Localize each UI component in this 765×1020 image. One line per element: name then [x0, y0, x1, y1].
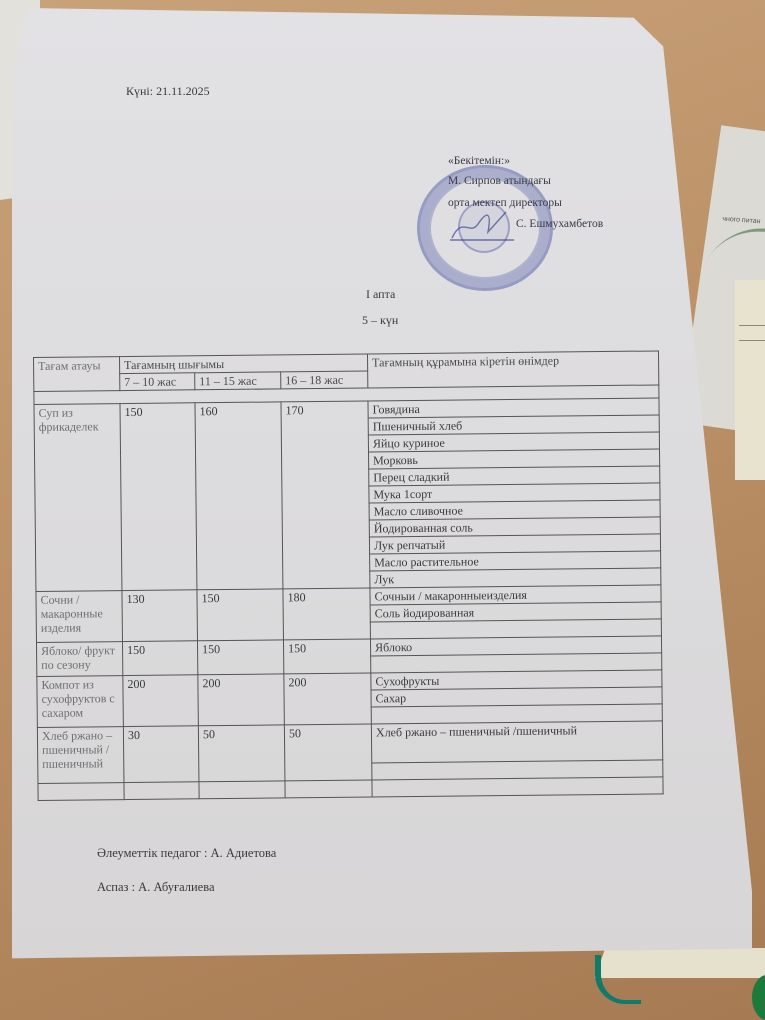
header-dish-name: Тағам атауы	[34, 357, 120, 392]
portion-cell: 160	[195, 402, 283, 590]
portion-cell: 50	[198, 725, 285, 782]
header-ingredients: Тағамның құрамына кіретін өнімдер	[368, 351, 659, 388]
menu-table: Тағам атауы Тағамның шығымы Тағамның құр…	[33, 350, 664, 801]
side-sheet-text: чного питан	[722, 216, 761, 226]
dish-name-cell: Суп из фрикаделек	[34, 404, 122, 592]
empty-cell	[124, 782, 199, 800]
empty-cell	[199, 781, 285, 799]
dish-name-cell: Хлеб ржано – пшеничный /пшеничный	[37, 727, 124, 784]
portion-cell: 150	[122, 641, 197, 676]
portion-cell: 200	[123, 675, 199, 727]
week-label: I апта	[366, 287, 395, 302]
empty-cell	[38, 783, 124, 801]
document-date: Күні: 21.11.2025	[126, 84, 210, 99]
cook-signature: Аспаз : А. Абуғалиева	[97, 880, 215, 895]
portion-cell: 180	[283, 588, 371, 640]
ingredient-cell: Хлеб ржано – пшеничный /пшеничный	[371, 721, 662, 763]
portion-cell: 200	[198, 674, 285, 726]
dish-name-cell: Сочни / макаронные изделия	[36, 591, 123, 643]
green-binder-clip	[595, 955, 641, 1004]
portion-cell: 30	[123, 726, 199, 783]
approval-signatory: С. Ешмухамбетов	[516, 218, 603, 230]
header-age-16-18: 16 – 18 жас	[281, 371, 368, 389]
portion-cell: 150	[197, 640, 283, 675]
day-label: 5 – күн	[362, 313, 398, 328]
empty-cell	[285, 780, 372, 798]
director-signature	[448, 206, 518, 246]
dish-name-cell: Компот из сухофруктов с сахаром	[37, 676, 124, 728]
social-pedagogue-signature: Әлеуметтік педагог : А. Адиетова	[97, 846, 276, 861]
background-notebook	[735, 280, 765, 480]
empty-cell	[372, 777, 663, 797]
header-age-11-15: 11 – 15 жас	[195, 372, 281, 390]
approval-line-2: орта мектеп директоры	[448, 197, 562, 209]
portion-cell: 130	[122, 590, 198, 642]
approval-line-1: М. Сирпов атындағы	[448, 175, 551, 187]
table-row: Хлеб ржано – пшеничный /пшеничный305050Х…	[37, 721, 662, 767]
portion-cell: 150	[283, 639, 370, 674]
portion-cell: 200	[284, 673, 372, 725]
dish-name-cell: Яблоко/ фрукт по сезону	[36, 642, 122, 677]
portion-cell: 50	[284, 724, 372, 781]
portion-cell: 150	[197, 589, 284, 641]
header-age-7-10: 7 – 10 жас	[120, 373, 195, 391]
green-object	[752, 975, 765, 1020]
portion-cell: 170	[281, 401, 370, 589]
approval-heading: «Бекітемін:»	[448, 155, 510, 167]
portion-cell: 150	[120, 403, 197, 591]
